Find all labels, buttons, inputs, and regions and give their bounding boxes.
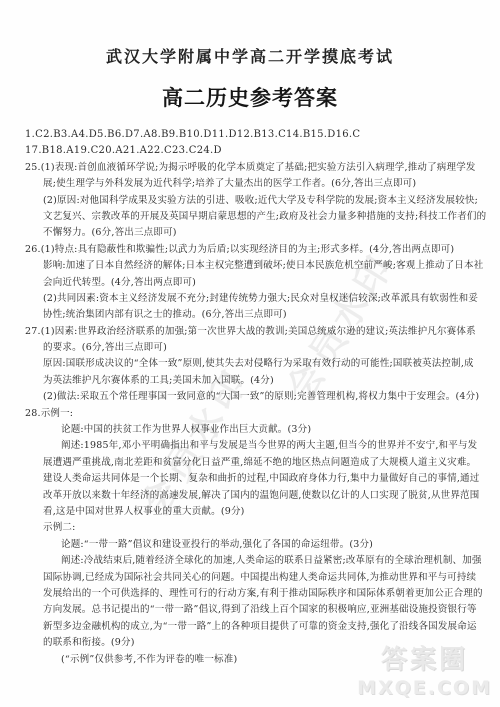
answer-line: 阐述:冷战结束后,随着经济全球化的加速,人类命运的联系日益紧密;改革原有的全球治… — [25, 553, 482, 569]
answer-line: 方向发展。总书记提出的“一带一路”倡议,得到了沿线上百个国家的积极响应,亚洲基础… — [25, 602, 482, 618]
answer-line: 25.(1)表现:首创血液循环学说;为揭示呼吸的化学本质奠定了基础;把实验方法引… — [25, 160, 482, 176]
choice-answer: 20.A — [99, 143, 123, 159]
answer-line: 国际协调,已经成为国际社会共同关心的问题。中国提出构建人类命运共同体,为推动世界… — [25, 570, 482, 586]
answer-line: 会向近代转型。(4分,答出两点即可) — [25, 275, 482, 291]
answer-line: 的要求。(6分,答出三点即可) — [25, 340, 482, 356]
choice-answer: 2.B — [43, 127, 61, 143]
answer-key-title: 高二历史参考答案 — [0, 82, 500, 112]
choice-answer: 15.D — [310, 127, 335, 143]
choice-answer: 16.C — [336, 127, 361, 143]
choice-answer: 21.A — [123, 143, 147, 159]
choice-answer: 23.C — [172, 143, 197, 159]
answer-line: (2)共同因素:资本主义经济发展不充分;封建传统势力强大;民众对皇权迷信较深;改… — [25, 291, 482, 307]
answer-line: 展遭遇严重挑战,南北差距和贫富分化日益严重,绵延不绝的地区热点问题造成了大规模人… — [25, 455, 482, 471]
choice-answer: 5.B — [97, 127, 115, 143]
choice-answer: 14.B — [286, 127, 310, 143]
exam-title: 武汉大学附属中学高二开学摸底考试 — [0, 44, 500, 67]
choice-answers-row-2: 17.B18.A19.C20.A21.A22.C23.C24.D — [25, 143, 482, 159]
choice-answer: 9.B — [169, 127, 187, 143]
answer-line: 新型多边金融机构的成立,为“一带一路”上的各种项目提供了可靠的资金支持,强化了沿… — [25, 619, 482, 635]
answer-line: 展;使生理学与外科发展为近代科学;培养了大量杰出的医学工作者。(6分,答出三点即… — [25, 176, 482, 192]
choice-answer: 22.C — [147, 143, 172, 159]
answer-line: 建设人类命运共同体是一个长期、复杂和曲折的过程,中国政府身体力行,集中力量做好自… — [25, 471, 482, 487]
choice-answer: 12.B — [237, 127, 261, 143]
answer-line: (2)做法:采取五个常任理事国一致同意的“大国一致”的原则;完善管理机构,将权力… — [25, 389, 482, 405]
choice-answer: 11.D — [212, 127, 237, 143]
answer-line: 影响:加速了日本自然经济的解体;日本主权完整遭到破坏;使日本民族危机空前严峻;客… — [25, 258, 482, 274]
answer-line: 的联系和衔接。(9分) — [25, 635, 482, 651]
choice-answer: 3.A — [61, 127, 79, 143]
answer-line: 为英法维护凡尔赛体系的工具;美国未加入国联。(4分) — [25, 373, 482, 389]
choice-answer: 7.A — [133, 127, 151, 143]
choice-answers-row-1: 1.C2.B3.A4.D5.B6.D7.A8.B9.B10.D11.D12.B1… — [25, 127, 482, 143]
answer-line: 26.(1)特点:具有隐蔽性和欺骗性;以武力为后盾;以实现经济目的为主;形式多样… — [25, 242, 482, 258]
choice-answer: 6.D — [115, 127, 133, 143]
answer-key-body: 1.C2.B3.A4.D5.B6.D7.A8.B9.B10.D11.D12.B1… — [25, 127, 482, 668]
choice-answer: 24.D — [197, 143, 222, 159]
free-response-answers: 25.(1)表现:首创血液循环学说;为揭示呼吸的化学本质奠定了基础;把实验方法引… — [25, 160, 482, 668]
answer-line: 不懈努力。(6分,答出三点即可) — [25, 225, 482, 241]
answer-line: 文艺复兴、宗教改革的开展及英国早期启蒙思想的产生;政府及社会力量多种措施的支持;… — [25, 209, 482, 225]
site-watermark-url: MXQE.COM — [357, 677, 492, 699]
choice-answer: 4.D — [79, 127, 97, 143]
answer-line: 阐述:1985年,邓小平明确指出和平与发展是当今世界的两大主题,但当今的世界并不… — [25, 438, 482, 454]
answer-line: 示例二: — [25, 520, 482, 536]
scanned-answer-sheet-page: 会员水印 会员水印 武汉大学附属中学高二开学摸底考试 高二历史参考答案 1.C2… — [0, 0, 500, 707]
answer-line: 看,这是中国对世界人权事业的重大贡献。(9分) — [25, 504, 482, 520]
answer-line: 论题:中国的扶贫工作为世界人权事业作出巨大贡献。(3分) — [25, 422, 482, 438]
answer-line: (2)原因:对他国科学成果及实验方法的引进、吸收;近代大学及专科学院的发展;资本… — [25, 193, 482, 209]
document-header: 武汉大学附属中学高二开学摸底考试 高二历史参考答案 — [0, 0, 500, 112]
answer-line: 28.示例一: — [25, 406, 482, 422]
answer-line: 改革开放以来数十年经济的高速发展,解决了国内的温饱问题,使数以亿计的人口实现了脱… — [25, 488, 482, 504]
choice-answer: 8.B — [151, 127, 169, 143]
answer-line: 原因:国联形成决议的“全体一致”原则,使其失去对侵略行为采取有效行动的可能性;国… — [25, 356, 482, 372]
choice-answer: 1.C — [25, 127, 43, 143]
answer-line: 27.(1)因素:世界政治经济联系的加强;第一次世界大战的教训;美国总统威尔逊的… — [25, 324, 482, 340]
answer-line: 论题:“一带一路”倡议和建设亚投行的举动,强化了各国的命运纽带。(3分) — [25, 537, 482, 553]
choice-answer: 19.C — [74, 143, 99, 159]
choice-answer: 17.B — [25, 143, 49, 159]
choice-answer: 10.D — [187, 127, 212, 143]
choice-answer: 18.A — [49, 143, 73, 159]
answer-line: (“示例”仅供参考,不作为评卷的唯一标准) — [25, 652, 482, 668]
answer-line: 发展给出的一个可供选择的、理性可行的行动方案,有利于推动国际秩序和国际体系朝着更… — [25, 586, 482, 602]
answer-line: 协性;统治集团内部有识之士的推动。(6分,答出三点即可) — [25, 307, 482, 323]
choice-answer: 13.C — [261, 127, 286, 143]
